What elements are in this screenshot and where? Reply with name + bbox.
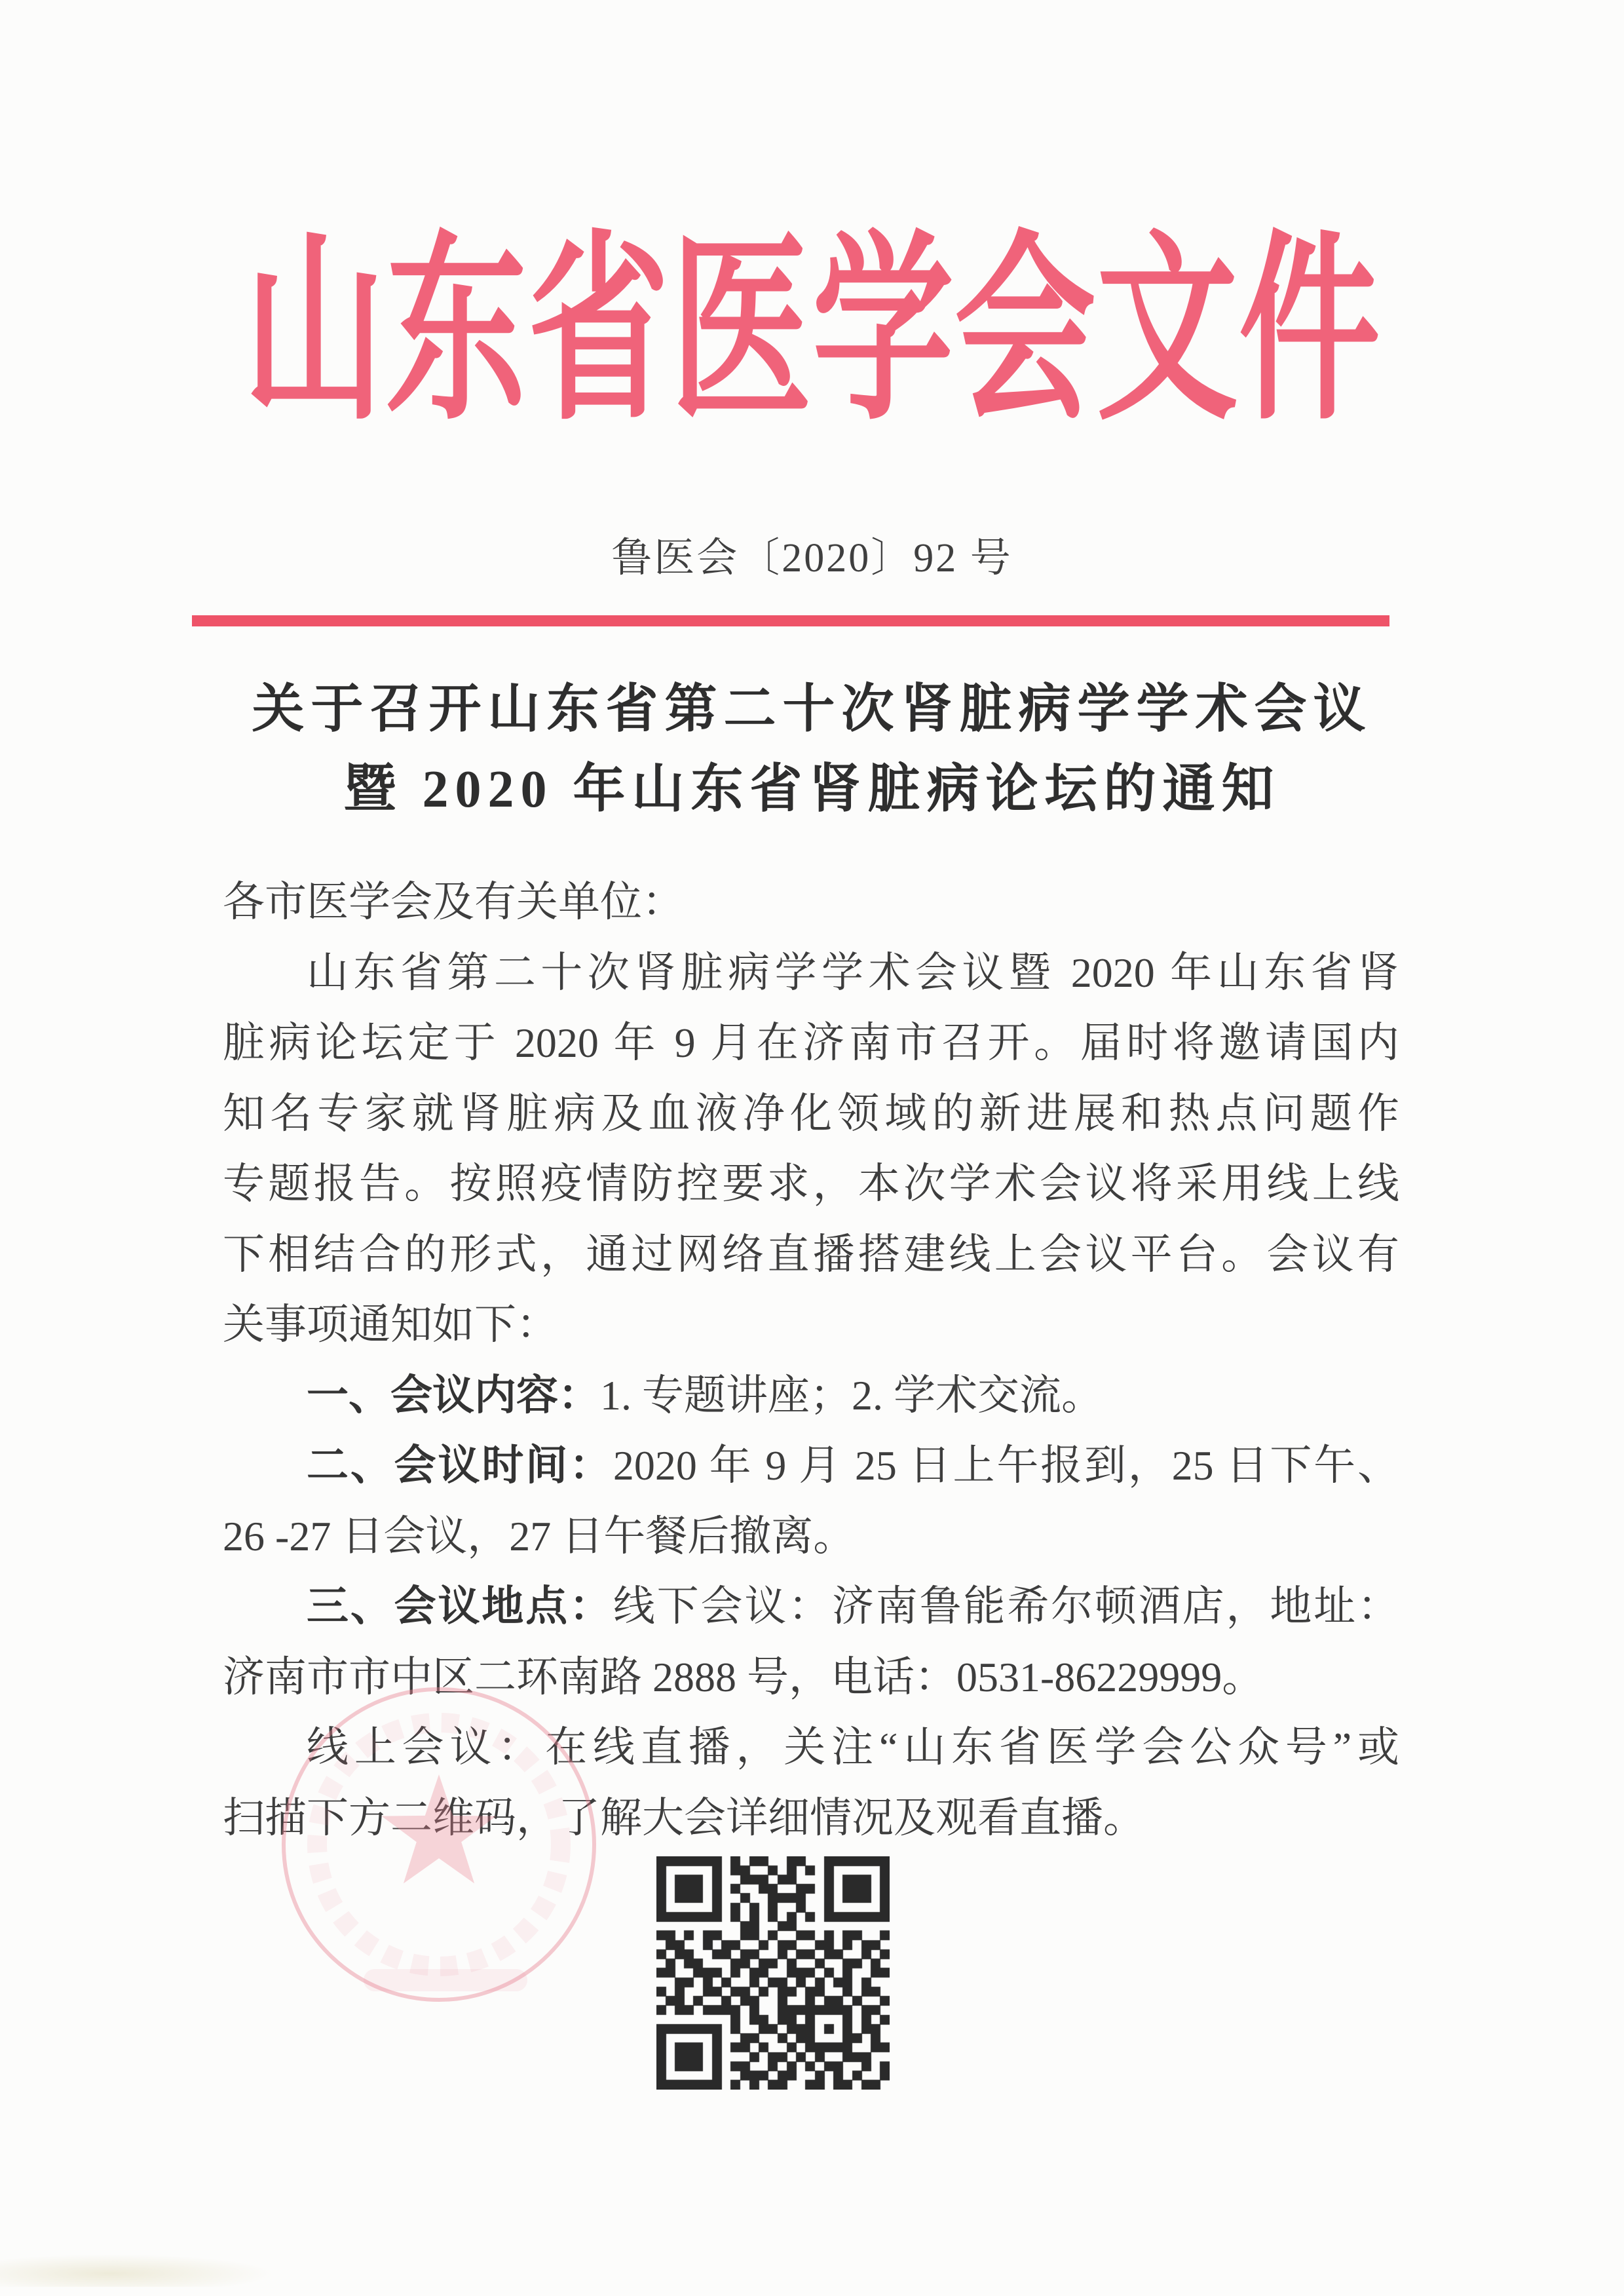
body-line: 脏病论坛定于 2020 年 9 月在济南市召开。届时将邀请国内 [223,1008,1399,1079]
body-line-text: 专题报告。按照疫情防控要求，本次学术会议将采用线上线 [223,1160,1399,1207]
body-line: 三、会议地点：线下会议：济南鲁能希尔顿酒店，地址： [223,1571,1399,1642]
document-body: 各市医学会及有关单位：山东省第二十次肾脏病学学术会议暨 2020 年山东省肾脏病… [223,867,1399,1853]
body-line-text: 26 -27 日会议，27 日午餐后撤离。 [223,1513,855,1559]
body-line-label: 一、会议内容： [307,1371,600,1419]
body-line: 线上会议：在线直播，关注“山东省医学会公众号”或 [223,1712,1399,1783]
body-line-text: 扫描下方二维码，了解大会详细情况及观看直播。 [223,1795,1145,1841]
document-number: 鲁医会〔2020〕92 号 [0,532,1624,584]
body-line: 知名专家就肾脏病及血液净化领域的新进展和热点问题作 [223,1079,1399,1149]
body-line-text: 各市医学会及有关单位： [223,879,684,925]
document-title-line1: 关于召开山东省第二十次肾脏病学学术会议 [0,670,1624,750]
body-line: 山东省第二十次肾脏病学学术会议暨 2020 年山东省肾 [223,938,1399,1008]
body-line-text: 线下会议：济南鲁能希尔顿酒店，地址： [613,1583,1399,1630]
red-divider-line [192,615,1389,626]
body-line: 济南市市中区二环南路 2888 号，电话：0531-86229999。 [223,1642,1399,1713]
body-line-text: 济南市市中区二环南路 2888 号，电话：0531-86229999。 [223,1654,1264,1700]
document-title-line2: 暨 2020 年山东省肾脏病论坛的通知 [0,750,1624,830]
masthead: 山东省医学会文件 [0,224,1624,440]
body-line-text: 2020 年 9 月 25 日上午报到，25 日下午、 [613,1442,1399,1489]
body-line: 扫描下方二维码，了解大会详细情况及观看直播。 [223,1783,1399,1854]
body-line-text: 山东省第二十次肾脏病学学术会议暨 2020 年山东省肾 [307,949,1399,996]
document-title: 关于召开山东省第二十次肾脏病学学术会议 暨 2020 年山东省肾脏病论坛的通知 [0,670,1624,830]
body-line-text: 1. 专题讲座；2. 学术交流。 [600,1372,1103,1419]
body-line-text: 下相结合的形式，通过网络直播搭建线上会议平台。会议有 [223,1231,1399,1278]
body-line-label: 二、会议时间： [307,1442,613,1489]
body-line-text: 知名专家就肾脏病及血液净化领域的新进展和热点问题作 [223,1090,1399,1137]
body-line: 关事项通知如下： [223,1290,1399,1360]
body-line: 一、会议内容：1. 专题讲座；2. 学术交流。 [223,1360,1399,1431]
body-line-text: 关事项通知如下： [223,1301,558,1348]
seal-ghost-text [364,1969,527,1991]
scan-smudge [0,2254,275,2287]
body-line-text: 线上会议：在线直播，关注“山东省医学会公众号”或 [307,1724,1399,1770]
body-line: 二、会议时间：2020 年 9 月 25 日上午报到，25 日下午、 [223,1430,1399,1501]
body-line-text: 脏病论坛定于 2020 年 9 月在济南市召开。届时将邀请国内 [223,1020,1399,1066]
body-line: 各市医学会及有关单位： [223,867,1399,938]
body-line: 专题报告。按照疫情防控要求，本次学术会议将采用线上线 [223,1149,1399,1219]
body-line-label: 三、会议地点： [307,1582,613,1630]
body-line: 26 -27 日会议，27 日午餐后撤离。 [223,1501,1399,1572]
masthead-title: 山东省医学会文件 [244,224,1381,440]
body-line: 下相结合的形式，通过网络直播搭建线上会议平台。会议有 [223,1219,1399,1290]
document-page: 山东省医学会文件 鲁医会〔2020〕92 号 关于召开山东省第二十次肾脏病学学术… [0,0,1624,2296]
qr-code [656,1856,890,2090]
